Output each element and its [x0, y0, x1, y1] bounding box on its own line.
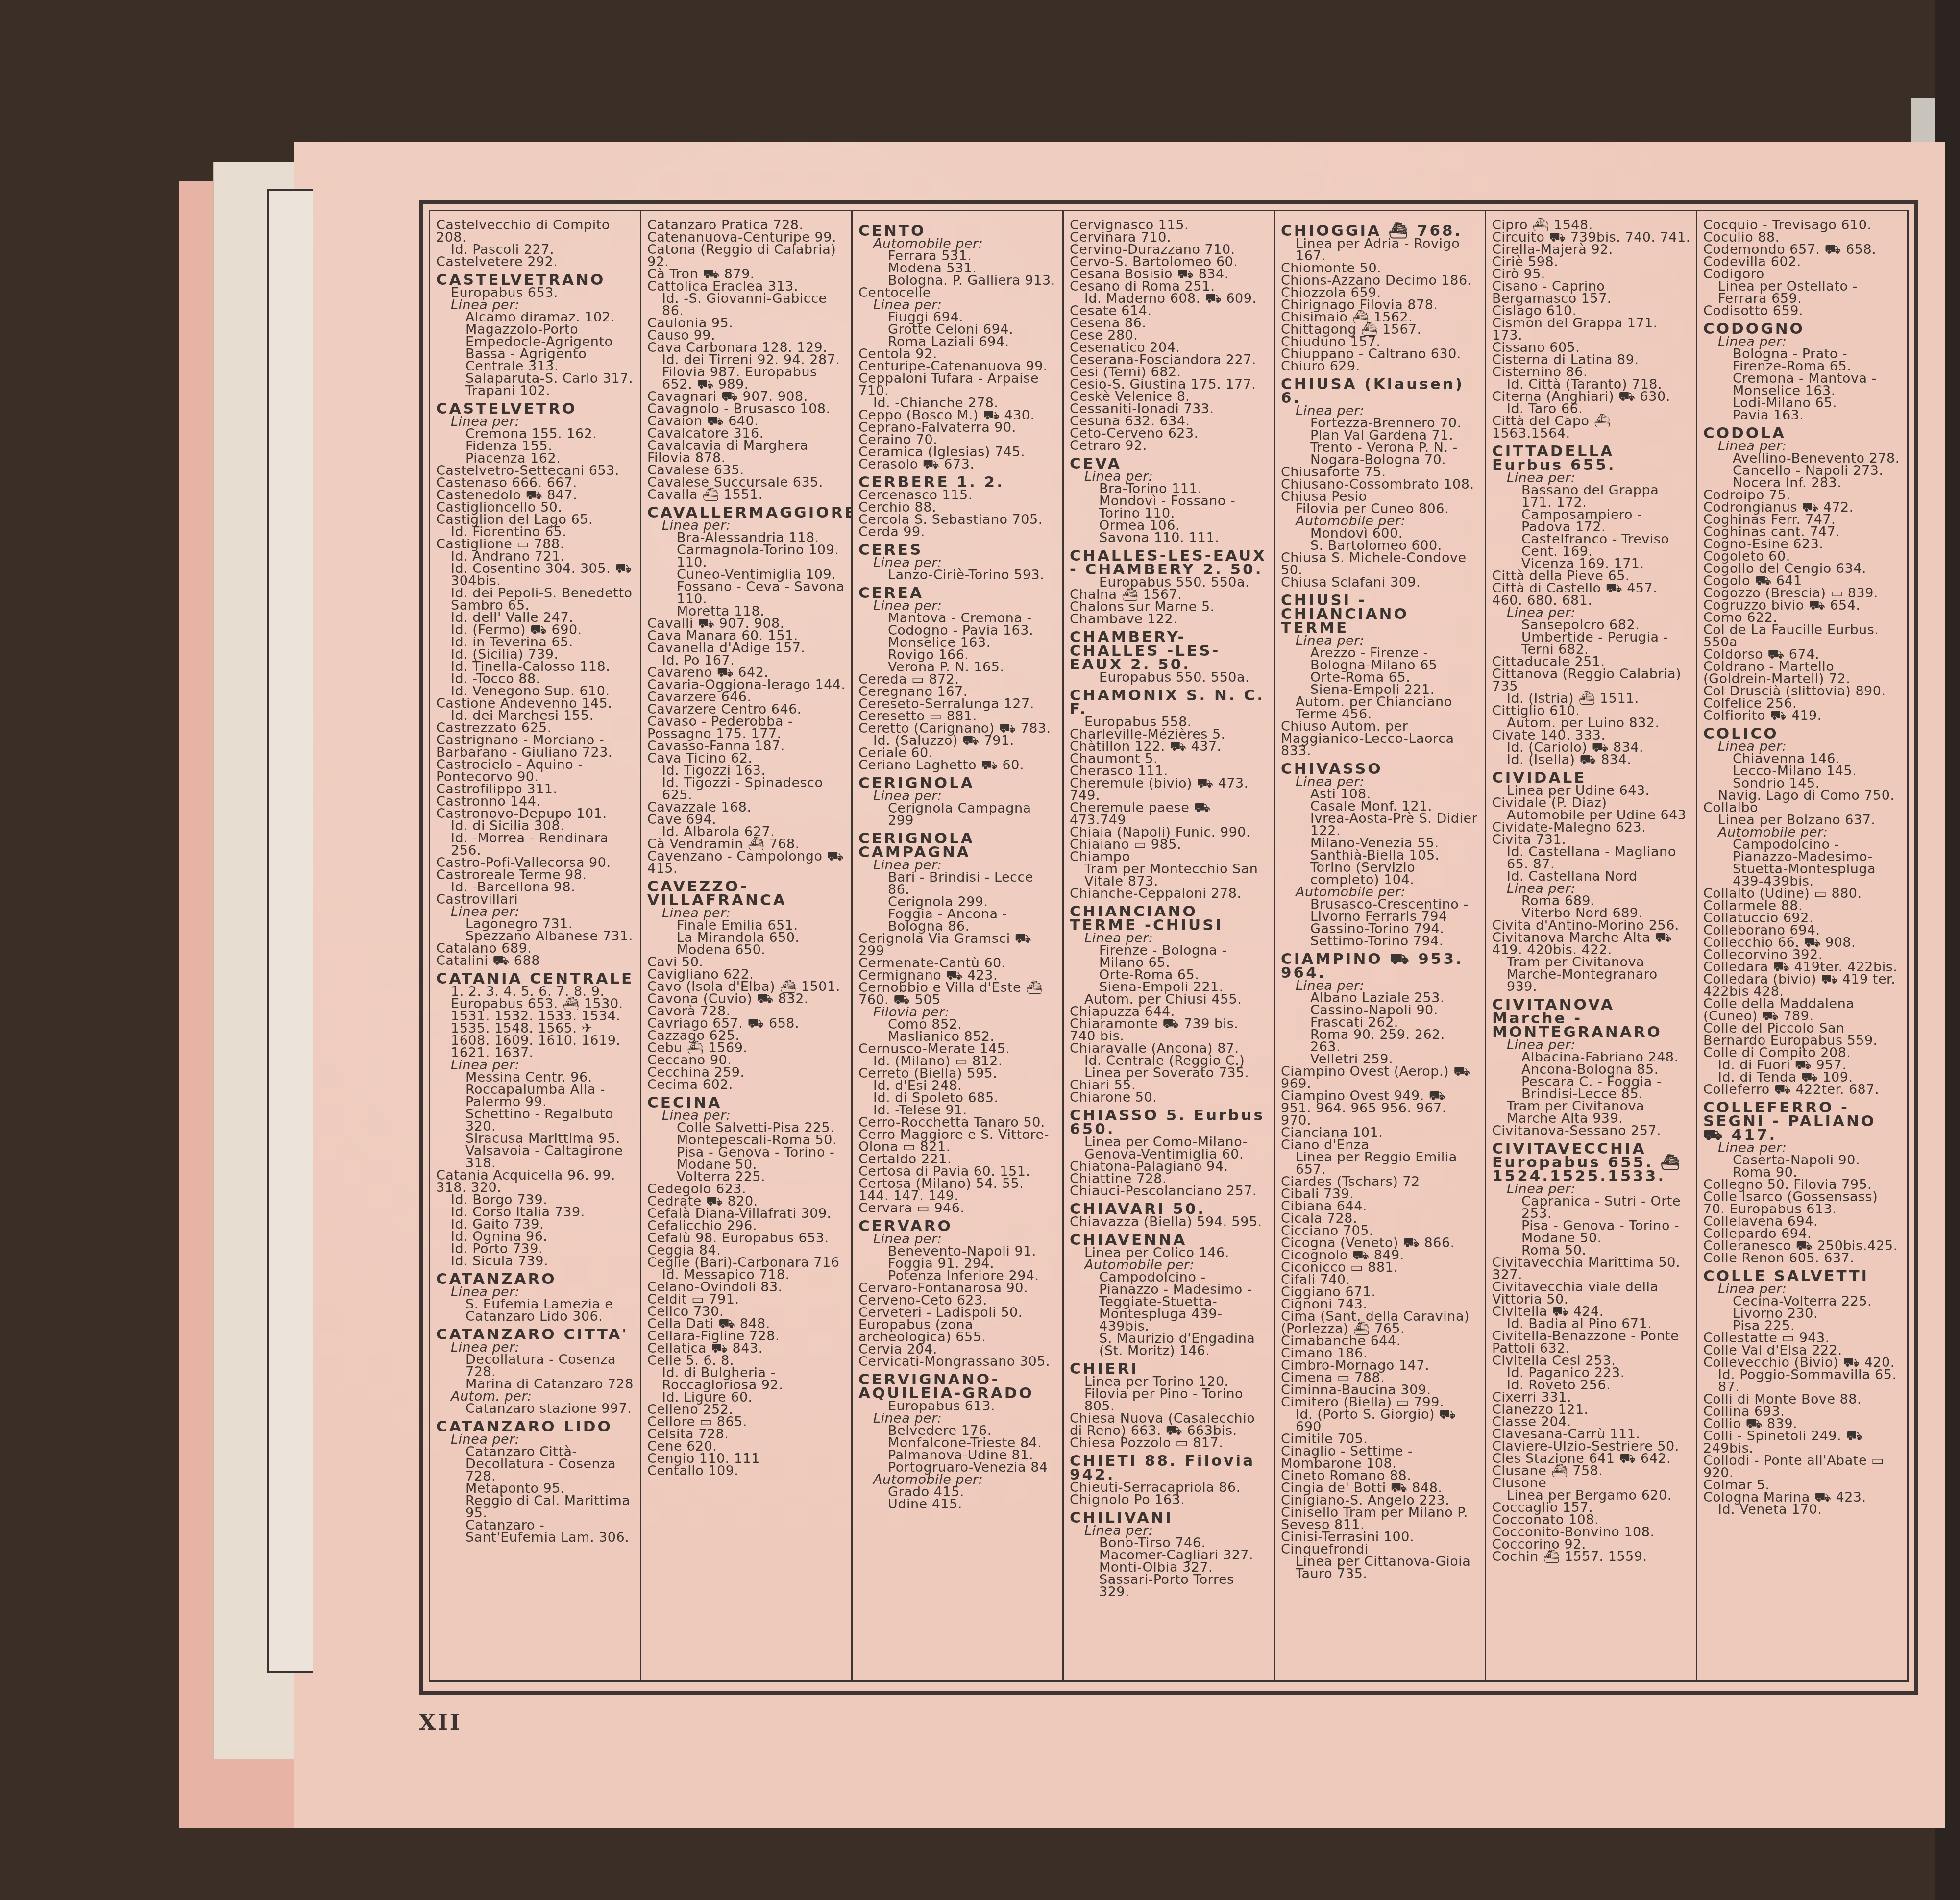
index-entry: Ivrea-Aosta-Prè S. Didier 122. — [1281, 813, 1480, 837]
index-entry: Campodolcino - Pianazzo-Madesimo-Stuetta… — [1703, 839, 1902, 888]
station-heading: CERVARO — [858, 1219, 1057, 1233]
index-entry: Umbertide - Perugia - Terni 682. — [1492, 631, 1691, 656]
index-entry: Catanzaro stazione 997. — [436, 1403, 635, 1415]
station-heading: CHILIVANI — [1070, 1511, 1269, 1525]
index-entry: Linea per Adria - Rovigo 167. — [1281, 238, 1480, 262]
index-entry: Cavalla ⛴ 1551. — [647, 489, 846, 501]
station-heading: CECINA — [647, 1096, 846, 1110]
index-entry: Chiauci-Pescolanciano 257. — [1070, 1185, 1269, 1197]
index-entry: Id. dei Tirreni 92. 94. 287. Filovia 987… — [647, 354, 846, 391]
index-entry: S. Maurizio d'Engadina (St. Moritz) 146. — [1070, 1332, 1269, 1357]
station-heading: COLICO — [1703, 727, 1902, 740]
page-number: XII — [419, 1710, 462, 1735]
index-entry: Cinaglio - Settime - Mombarone 108. — [1281, 1445, 1480, 1470]
index-entry: Valsavoia - Caltagirone 318. — [436, 1145, 635, 1169]
index-entry: Chiusa S. Michele-Condove 50. — [1281, 552, 1480, 576]
index-entry: Cecima 602. — [647, 1079, 846, 1091]
index-entry: Tram per Civitanova Marche Alta 939. — [1492, 1100, 1691, 1125]
index-entry: Civitella-Benazzone - Ponte Pattoli 632. — [1492, 1330, 1691, 1355]
index-entry: Id. Castellana - Magliano 65. 87. — [1492, 846, 1691, 870]
index-entry: Carmagnola-Torino 109. 110. — [647, 544, 846, 568]
station-heading: CHIUSA (Klausen) 6. — [1281, 377, 1480, 405]
index-entry: Cetraro 92. — [1070, 440, 1269, 452]
index-entry: Magazzolo-Porto Empedocle-Agrigento Bass… — [436, 323, 635, 372]
index-table-frame: Castelvecchio di Compito 208.Id. Pascoli… — [419, 200, 1918, 1695]
index-entry: Europabus 550. 550a. — [1070, 671, 1269, 684]
index-entry: Chignolo Po 163. — [1070, 1494, 1269, 1506]
index-entry: Castelvetere 292. — [436, 256, 635, 268]
index-entry: Codisotto 659. — [1703, 305, 1902, 317]
index-entry: Id. Cosentino 304. 305. ⛟ 304bis. — [436, 563, 635, 587]
index-entry: Cerignola Campagna 299 — [858, 802, 1057, 827]
index-entry: Decollatura - Cosenza 728. — [436, 1354, 635, 1378]
index-entry: Chiuro 629. — [1281, 360, 1480, 372]
station-heading: CERIGNOLA CAMPAGNA — [858, 832, 1057, 859]
index-entry: Bassano del Grappa 171. 172. — [1492, 484, 1691, 509]
index-entry: Colledara (bivio) ⛟ 419 ter. 422bis 428. — [1703, 973, 1902, 998]
station-heading: CASTELVETRO — [436, 402, 635, 416]
station-heading: CASTELVETRANO — [436, 273, 635, 287]
station-heading: CERBERE 1. 2. — [858, 475, 1057, 489]
index-entry: Id. -S. Giovanni-Gabicce 86. — [647, 293, 846, 317]
index-entry: Linea per Cittanova-Gioia Tauro 735. — [1281, 1555, 1480, 1580]
index-entry: Bologna - Prato - Firenze-Roma 65. — [1703, 348, 1902, 372]
index-entry: Castelfranco - Treviso Cent. 169. — [1492, 533, 1691, 558]
index-entry: Firenze - Bologna - Milano 65. — [1070, 944, 1269, 969]
station-heading: CIAMPINO ⛟ 953. 964. — [1281, 952, 1480, 980]
index-entry: Campodolcino - Pianazzo - Madesimo - Teg… — [1070, 1271, 1269, 1332]
index-entry: Chiesa Pozzolo ▭ 817. — [1070, 1437, 1269, 1449]
station-heading: CERES — [858, 543, 1057, 557]
index-entry: Pisa - Genova - Torino - Modane 50. — [1492, 1220, 1691, 1244]
index-entry: Colle della Maddalena (Cuneo) ⛟ 789. — [1703, 998, 1902, 1022]
index-entry: Colli - Spinetoli 249. ⛟ 249bis. — [1703, 1430, 1902, 1455]
index-entry: Sassari-Porto Torres 329. — [1070, 1574, 1269, 1598]
index-entry: Chiesa Nuova (Casalecchio di Reno) 663. … — [1070, 1412, 1269, 1437]
station-heading: CHIAVENNA — [1070, 1233, 1269, 1247]
index-entry: Cisano - Caprino Bergamasco 157. — [1492, 280, 1691, 305]
document-page: Castelvecchio di Compito 208.Id. Pascoli… — [294, 142, 1945, 1828]
index-entry: Id. Tigozzi - Spinadesco 625. — [647, 777, 846, 801]
index-entry: Colle Isarco (Gossensass) 70. Europabus … — [1703, 1191, 1902, 1215]
index-entry: Chiuso Autom. per Maggianico-Lecco-Laorc… — [1281, 720, 1480, 757]
index-entry: Linea per Como-Milano-Genova-Ventimiglia… — [1070, 1136, 1269, 1160]
index-entry: Autom. per Chianciano Terme 456. — [1281, 696, 1480, 720]
index-entry: Città di Castello ⛟ 457. 460. 680. 681. — [1492, 582, 1691, 607]
index-entry: Cismon del Grappa 171. 173. — [1492, 317, 1691, 342]
index-entry: Collodi - Ponte all'Abate ▭ 920. — [1703, 1455, 1902, 1479]
station-heading: CHIVASSO — [1281, 762, 1480, 776]
index-entry: Cervicati-Mongrassano 305. — [858, 1356, 1057, 1368]
index-entry: Castrignano - Morciano - Barbarano - Giu… — [436, 734, 635, 759]
index-entry: Mondovì - Fossano - Torino 110. — [1070, 495, 1269, 519]
index-entry: Cerda 99. — [858, 526, 1057, 538]
index-entry: Brusasco-Crescentino - Livorno Ferraris … — [1281, 898, 1480, 923]
index-entry: Chambave 122. — [1070, 613, 1269, 625]
index-entry: Id. -Morrea - Rendinara 256. — [436, 832, 635, 857]
station-heading: CHIETI 88. Filovia 942. — [1070, 1454, 1269, 1481]
index-column-4: Cervignasco 115.Cervinara 710.Cervino-Du… — [1064, 211, 1275, 1680]
index-entry: Certosa (Milano) 54. 55. 144. 147. 149. — [858, 1178, 1057, 1202]
index-entry: Fossano - Ceva - Savona 110. — [647, 581, 846, 605]
index-entry: Cheremule paese ⛟ 473.749 — [1070, 802, 1269, 826]
index-entry: Chiaramonte ⛟ 739 bis. 740 bis. — [1070, 1018, 1269, 1042]
index-entry: Col de La Faucille Eurbus. 550a — [1703, 624, 1902, 648]
index-entry: S. Eufemia Lamezia e Catanzaro Lido 306. — [436, 1298, 635, 1323]
index-entry: 1. 2. 3. 4. 5. 6. 7. 8. 9. Europabus 653… — [436, 986, 635, 1059]
index-entry: Catona (Reggio di Calabria) 92. — [647, 244, 846, 268]
index-entry: Castelvecchio di Compito 208. — [436, 219, 635, 244]
index-entry: Trento - Verona P. N. - Nogara-Bologna 7… — [1281, 442, 1480, 466]
index-entry: Colleferro ⛟ 422ter. 687. — [1703, 1084, 1902, 1096]
index-entry: Catanzaro Città-Decollatura - Cosenza 72… — [436, 1446, 635, 1482]
index-entry: Foggia - Ancona - Bologna 86. — [858, 908, 1057, 933]
index-entry: Id. Sicula 739. — [436, 1255, 635, 1267]
index-column-5: CHIOGGIA ⛴ 768.Linea per Adria - Rovigo … — [1275, 211, 1486, 1680]
index-entry: Savona 110. 111. — [1070, 532, 1269, 544]
index-table: Castelvecchio di Compito 208.Id. Pascoli… — [429, 210, 1909, 1682]
index-entry: Chiavazza (Biella) 594. 595. — [1070, 1216, 1269, 1228]
station-heading: CHIUSI - CHIANCIANO TERME — [1281, 593, 1480, 635]
index-entry: Tram per Montecchio San Vitale 873. — [1070, 863, 1269, 888]
index-entry: Id. Poggio-Sommavilla 65. 87. — [1703, 1369, 1902, 1393]
station-heading: CHIASSO 5. Eurbus 650. — [1070, 1109, 1269, 1136]
station-heading: CHIOGGIA ⛴ 768. — [1281, 224, 1480, 238]
index-entry: Bari - Brindisi - Lecce 86. — [858, 871, 1057, 896]
index-entry: Cerro Maggiore e S. Vittore-Olona ▭ 821. — [858, 1129, 1057, 1153]
index-entry: Torino (Servizio completo) 104. — [1281, 862, 1480, 886]
index-entry: Tram per Civitanova Marche-Montegranaro … — [1492, 956, 1691, 993]
station-heading: COLLE SALVETTI — [1703, 1269, 1902, 1283]
station-heading: CIVITAVECCHIA Europabus 655. ⛴ 1524.1525… — [1492, 1142, 1691, 1183]
index-entry: Pisa - Genova - Torino - Modane 50. — [647, 1146, 846, 1171]
index-entry: Linea per Reggio Emilia 657. — [1281, 1151, 1480, 1176]
station-heading: CENTO — [858, 224, 1057, 238]
index-entry: Arezzo - Firenze - Bologna-Milano 65 — [1281, 647, 1480, 671]
station-heading: CATANZARO — [436, 1272, 635, 1286]
index-column-1: Castelvecchio di Compito 208.Id. Pascoli… — [430, 211, 641, 1680]
station-heading: CODOLA — [1703, 426, 1902, 440]
station-heading: CODOGNO — [1703, 322, 1902, 336]
index-entry: Cerignola Via Gramsci ⛟ 299 — [858, 933, 1057, 957]
station-heading: COLLEFERRO - SEGNI - PALIANO ⛟ 417. — [1703, 1101, 1902, 1142]
page-edge-frame — [267, 189, 313, 1673]
index-entry: Cima (Sant. della Caravina) (Porlezza) ⛴… — [1281, 1310, 1480, 1335]
index-entry: Civitavecchia viale della Vittoria 50. — [1492, 1281, 1691, 1306]
index-entry: Civitanova-Sessano 257. — [1492, 1125, 1691, 1137]
index-entry: Schettino - Regalbuto 320. — [436, 1108, 635, 1133]
station-heading: CERIGNOLA — [858, 776, 1057, 790]
index-entry: Roma 90. 259. 262. 263. — [1281, 1029, 1480, 1053]
index-entry: Filovia per Pino - Torino 805. — [1070, 1388, 1269, 1412]
index-entry: Colle del Piccolo San Bernardo Europabus… — [1703, 1022, 1902, 1047]
station-heading: CERVIGNANO-AQUILEIA-GRADO — [858, 1373, 1057, 1400]
index-entry: Cochin ⛴ 1557. 1559. — [1492, 1551, 1691, 1563]
station-heading: CAVEZZO-VILLAFRANCA — [647, 880, 846, 907]
index-entry: Ciampino Ovest 949. ⛟ 951. 964. 965 956.… — [1281, 1090, 1480, 1127]
index-entry: Cinisello Tram per Milano P. Seveso 811. — [1281, 1506, 1480, 1531]
index-entry: Cerasolo ⛟ 673. — [858, 458, 1057, 470]
index-entry: Id. (Porto S. Giorgio) ⛟ 690 — [1281, 1408, 1480, 1433]
index-entry: Cittanova (Reggio Calabria) 735 — [1492, 668, 1691, 692]
station-heading: CEREA — [858, 586, 1057, 600]
index-entry: Catania Acquicella 96. 99. 318. 320. — [436, 1169, 635, 1194]
index-entry: Cernobbio e Villa d'Este ⛴ 760. ⛟ 505 — [858, 982, 1057, 1006]
index-entry: Castrocielo - Aquino - Pontecorvo 90. — [436, 759, 635, 783]
station-heading: CHIAVARI 50. — [1070, 1202, 1269, 1216]
index-entry: Civitavecchia Marittima 50. 327. — [1492, 1257, 1691, 1281]
index-column-7: Cocquio - Trevisago 610.Coculio 88.Codem… — [1697, 211, 1907, 1680]
index-entry: Chiarone 50. — [1070, 1091, 1269, 1104]
station-heading: CHAMONIX S. N. C. F. — [1070, 689, 1269, 716]
index-entry: Id. (Isella) ⛟ 834. — [1492, 754, 1691, 766]
index-entry: Udine 415. — [858, 1498, 1057, 1510]
station-heading: CAVALLERMAGGIORE — [647, 506, 846, 519]
index-entry: Camposampiero - Padova 172. — [1492, 509, 1691, 533]
index-entry: Città del Capo ⛴ 1563.1564. — [1492, 415, 1691, 440]
index-entry: Settimo-Torino 794. — [1281, 935, 1480, 947]
index-entry: Civitanova Marche Alta ⛟ 419. 420bis. 42… — [1492, 932, 1691, 956]
index-entry: Cerveteri - Ladispoli 50. Europabus (zon… — [858, 1307, 1057, 1343]
station-heading: CIVITANOVA Marche -MONTEGRANARO — [1492, 998, 1691, 1039]
index-entry: Catalini ⛟ 688 — [436, 955, 635, 967]
index-entry: Reggio di Cal. Marittima 95. — [436, 1495, 635, 1519]
index-column-3: CENTOAutomobile per:Ferrara 531.Modena 5… — [853, 211, 1064, 1680]
index-entry: Cavalcavia di Marghera Filovia 878. — [647, 440, 846, 464]
index-column-6: Cipro ⛴ 1548.Circuito ⛟ 739bis. 740. 741… — [1486, 211, 1697, 1680]
index-entry: Cervara ▭ 946. — [858, 1202, 1057, 1214]
index-entry: Ceppaloni Tufara - Arpaise 710. — [858, 372, 1057, 397]
index-entry: Id. Veneta 170. — [1703, 1504, 1902, 1516]
index-entry: Chiusa Sclafani 309. — [1281, 576, 1480, 589]
station-heading: CHAMBERY-CHALLES -LES-EAUX 2. 50. — [1070, 630, 1269, 671]
index-entry: Catanzaro - Sant'Eufemia Lam. 306. — [436, 1519, 635, 1544]
index-entry: Lanzo-Ciriè-Torino 593. — [858, 569, 1057, 581]
index-entry: Cremona - Mantova - Monselice 163. — [1703, 372, 1902, 397]
index-entry: Coldrano - Martello (Goldrein-Martell) 7… — [1703, 661, 1902, 685]
index-entry: Trapani 102. — [436, 385, 635, 397]
index-entry: Id. di Bulgheria - Roccagloriosa 92. — [647, 1367, 846, 1391]
index-entry: Cheremule (bivio) ⛟ 473. 749. — [1070, 777, 1269, 802]
index-entry: Pavia 163. — [1703, 409, 1902, 421]
index-entry: Colle Renon 605. 637. — [1703, 1252, 1902, 1264]
station-heading: CEVA — [1070, 457, 1269, 470]
station-heading: CIVIDALE — [1492, 771, 1691, 785]
station-heading: CHIANCIANO TERME -CHIUSI — [1070, 905, 1269, 932]
index-entry: Centallo 109. — [647, 1465, 846, 1477]
index-entry: Capranica - Sutri - Orte 253. — [1492, 1195, 1691, 1220]
station-heading: CHALLES-LES-EAUX - CHAMBERY 2. 50. — [1070, 549, 1269, 576]
station-heading: CATANZARO LIDO — [436, 1420, 635, 1433]
index-entry: Ciampino Ovest (Aerop.) ⛟ 969. — [1281, 1065, 1480, 1090]
index-entry: Ceriano Laghetto ⛟ 60. — [858, 759, 1057, 771]
station-heading: CATANIA CENTRALE — [436, 972, 635, 986]
index-entry: Mantova - Cremona - Codogno - Pavia 163. — [858, 612, 1057, 637]
index-entry: Linea per Ostellato - Ferrara 659. — [1703, 280, 1902, 305]
index-entry: Chianche-Ceppaloni 278. — [1070, 888, 1269, 900]
index-entry: Cavenzano - Campolongo ⛟ 415. — [647, 850, 846, 875]
index-entry: Cavaso - Pederobba - Possagno 175. 177. — [647, 716, 846, 740]
station-heading: CITTADELLA Eurbus 655. — [1492, 444, 1691, 472]
station-heading: CATANZARO CITTA' — [436, 1328, 635, 1341]
index-entry: Colfiorito ⛟ 419. — [1703, 710, 1902, 722]
index-entry: Roccapalumba Alia - Palermo 99. — [436, 1084, 635, 1108]
index-entry: Pescara C. - Foggia - Brindisi-Lecce 85. — [1492, 1076, 1691, 1100]
station-heading: CHIERI — [1070, 1362, 1269, 1376]
index-columns: Castelvecchio di Compito 208.Id. Pascoli… — [430, 211, 1907, 1680]
index-column-2: Catanzaro Pratica 728.Catenanuova-Centur… — [641, 211, 853, 1680]
index-entry: Id. dei Pepoli-S. Benedetto Sambro 65. — [436, 587, 635, 612]
